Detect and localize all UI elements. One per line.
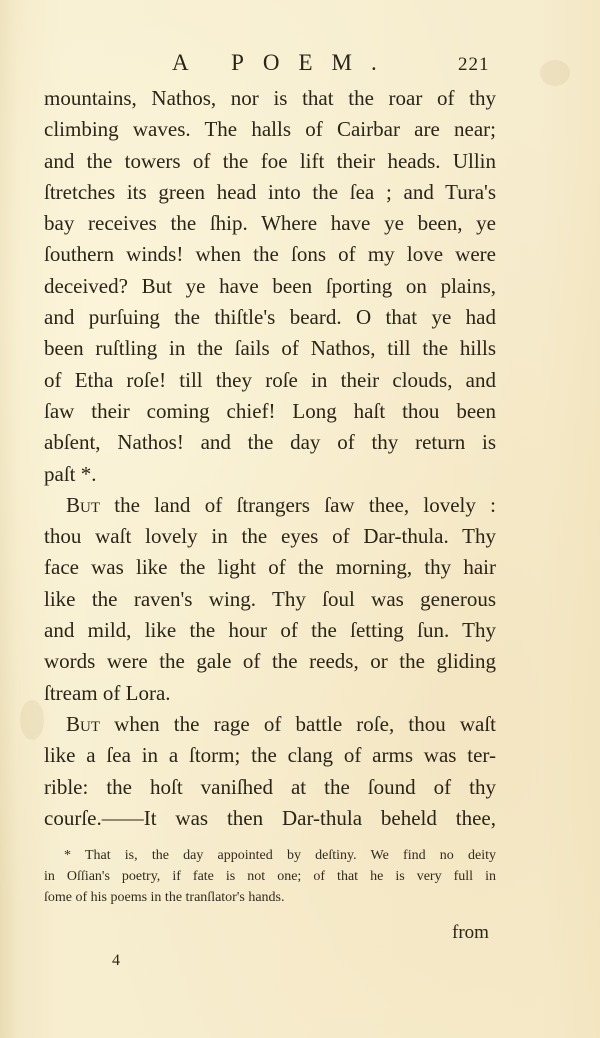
text-line: thou waſt lovely in the eyes of Dar-thul… bbox=[44, 521, 496, 552]
running-title: A POEM. bbox=[172, 50, 396, 76]
signature-mark: 4 bbox=[112, 952, 120, 970]
text-line: like the raven's wing. Thy ſoul was gene… bbox=[44, 584, 496, 615]
catchword: from bbox=[452, 922, 489, 944]
body-text: mountains, Nathos, nor is that the roar … bbox=[44, 83, 496, 834]
text-line: bay receives the ſhip. Where have ye bee… bbox=[44, 208, 496, 239]
text-line: climbing waves. The halls of Cairbar are… bbox=[44, 114, 496, 145]
text-line: rible: the hoſt vaniſhed at the ſound of… bbox=[44, 772, 496, 803]
footnote-line: ſome of his poems in the tranſlator's ha… bbox=[44, 887, 496, 908]
text-line: of Etha roſe! till they roſe in their cl… bbox=[44, 365, 496, 396]
text-line: abſent, Nathos! and the day of thy retur… bbox=[44, 427, 496, 458]
text-line: like a ſea in a ſtorm; the clang of arms… bbox=[44, 740, 496, 771]
text-line: ſouthern winds! when the ſons of my love… bbox=[44, 239, 496, 270]
text-line: and purſuing the thiſtle's beard. O that… bbox=[44, 302, 496, 333]
footnote-line: in Oſſian's poetry, if fate is not one; … bbox=[44, 866, 496, 887]
text-line: words were the gale of the reeds, or the… bbox=[44, 646, 496, 677]
text-line: been ruſtling in the ſails of Nathos, ti… bbox=[44, 333, 496, 364]
footnote: * That is, the day appointed by deſtiny.… bbox=[44, 845, 496, 908]
text-line: deceived? But ye have been ſporting on p… bbox=[44, 271, 496, 302]
paragraph-lead: But bbox=[66, 493, 100, 517]
text-line: and mild, like the hour of the ſetting ſ… bbox=[44, 615, 496, 646]
book-page: A POEM. 221 mountains, Nathos, nor is th… bbox=[0, 0, 600, 1038]
paragraph-start: But when the rage of battle roſe, thou w… bbox=[44, 709, 496, 740]
text-line: mountains, Nathos, nor is that the roar … bbox=[44, 83, 496, 114]
text-line: paſt *. bbox=[44, 459, 496, 490]
text-line: ſtretches its green head into the ſea ; … bbox=[44, 177, 496, 208]
text-line: ſaw their coming chief! Long haſt thou b… bbox=[44, 396, 496, 427]
paragraph-lead: But bbox=[66, 712, 100, 736]
running-head: A POEM. 221 bbox=[0, 50, 600, 80]
text-line: and the towers of the foe lift their hea… bbox=[44, 146, 496, 177]
paragraph-start: But the land of ſtrangers ſaw thee, love… bbox=[44, 490, 496, 521]
footnote-line: * That is, the day appointed by deſtiny.… bbox=[44, 845, 496, 866]
text-line: face was like the light of the morning, … bbox=[44, 552, 496, 583]
text-line: ſtream of Lora. bbox=[44, 678, 496, 709]
text-line: courſe.——It was then Dar-thula beheld th… bbox=[44, 803, 496, 834]
text-fragment: when the rage of battle roſe, thou waſt bbox=[100, 712, 496, 736]
text-fragment: the land of ſtrangers ſaw thee, lovely : bbox=[100, 493, 496, 517]
paper-stain bbox=[20, 700, 44, 740]
page-number: 221 bbox=[458, 54, 490, 76]
